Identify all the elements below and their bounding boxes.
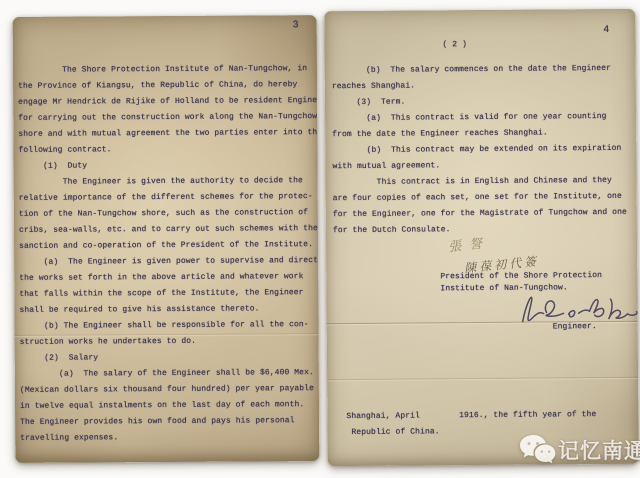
page-4-body-text: (b) The salary commences on the date the… xyxy=(332,61,637,239)
text-line: (Mexican dollars six thousand four hundr… xyxy=(20,381,319,399)
text-line: (a) The salary of the Engineer shall be … xyxy=(20,365,320,383)
text-line: sanction and co-operation of the Preside… xyxy=(19,237,319,255)
text-line: for the Engineer, one for the Magistrate… xyxy=(333,205,637,223)
text-line: engage Mr Hendrick de Rijike of Holland … xyxy=(18,93,319,111)
text-line: following contract. xyxy=(18,141,319,159)
text-line: (b) The Engineer shall be responsible fo… xyxy=(19,317,319,335)
text-line: (a) This contract is valid for one year … xyxy=(332,109,636,127)
engineer-label: Engineer. xyxy=(553,322,597,331)
watermark: 记忆南通 xyxy=(519,434,640,465)
text-line: (2) Salary xyxy=(20,349,320,367)
text-line: (a) The Engineer is given power to super… xyxy=(19,253,319,271)
page-header: ( 2 ) xyxy=(442,40,467,49)
text-line: (b) The salary commences on the date the… xyxy=(332,61,636,79)
document-photo: 3 The Shore Protection Institute of Nan-… xyxy=(0,0,640,478)
text-line: the Province of Kiangsu, the Republic of… xyxy=(18,77,319,95)
text-line: (1) Duty xyxy=(19,157,320,175)
text-line: for carrying out the construction work a… xyxy=(18,109,319,127)
watermark-text: 记忆南通 xyxy=(558,435,640,465)
text-line: that falls within the scope of the Insti… xyxy=(19,285,319,303)
text-line: cribs, sea-walls, etc. and to carry out … xyxy=(19,221,319,239)
text-line: President of the Shore Protection xyxy=(440,270,602,283)
text-line: (b) This contract may be extended on its… xyxy=(332,141,636,159)
text-line: The Engineer provides his own food and p… xyxy=(20,413,319,431)
contract-page-3: 3 The Shore Protection Institute of Nan-… xyxy=(13,15,320,463)
text-line: the works set forth in the above article… xyxy=(19,269,319,287)
page-number: 4 xyxy=(603,25,609,36)
text-line: relative importance of the different sch… xyxy=(19,189,320,207)
text-line: travelling expenses. xyxy=(20,429,319,447)
page-3-body-text: The Shore Protection Institute of Nan-Tu… xyxy=(18,61,319,447)
contract-page-4: 4 ( 2 ) (b) The salary commences on the … xyxy=(324,9,639,466)
text-line: The Shore Protection Institute of Nan-Tu… xyxy=(18,61,319,79)
text-line: Shanghai, April 1916., the fifth year of… xyxy=(346,407,596,425)
text-line: struction works he undertakes to do. xyxy=(20,333,320,351)
text-line: in twelve equal instalments on the last … xyxy=(20,397,319,415)
text-line: shore and with mutual agreement the two … xyxy=(18,125,319,143)
text-line: shall be required to give his assistance… xyxy=(19,301,319,319)
page-number: 3 xyxy=(293,20,299,31)
wechat-icon xyxy=(519,434,556,465)
text-line: The Engineer is given the authority to d… xyxy=(19,173,320,191)
text-line: tion of the Nan-Tungchow shore, such as … xyxy=(19,205,320,223)
